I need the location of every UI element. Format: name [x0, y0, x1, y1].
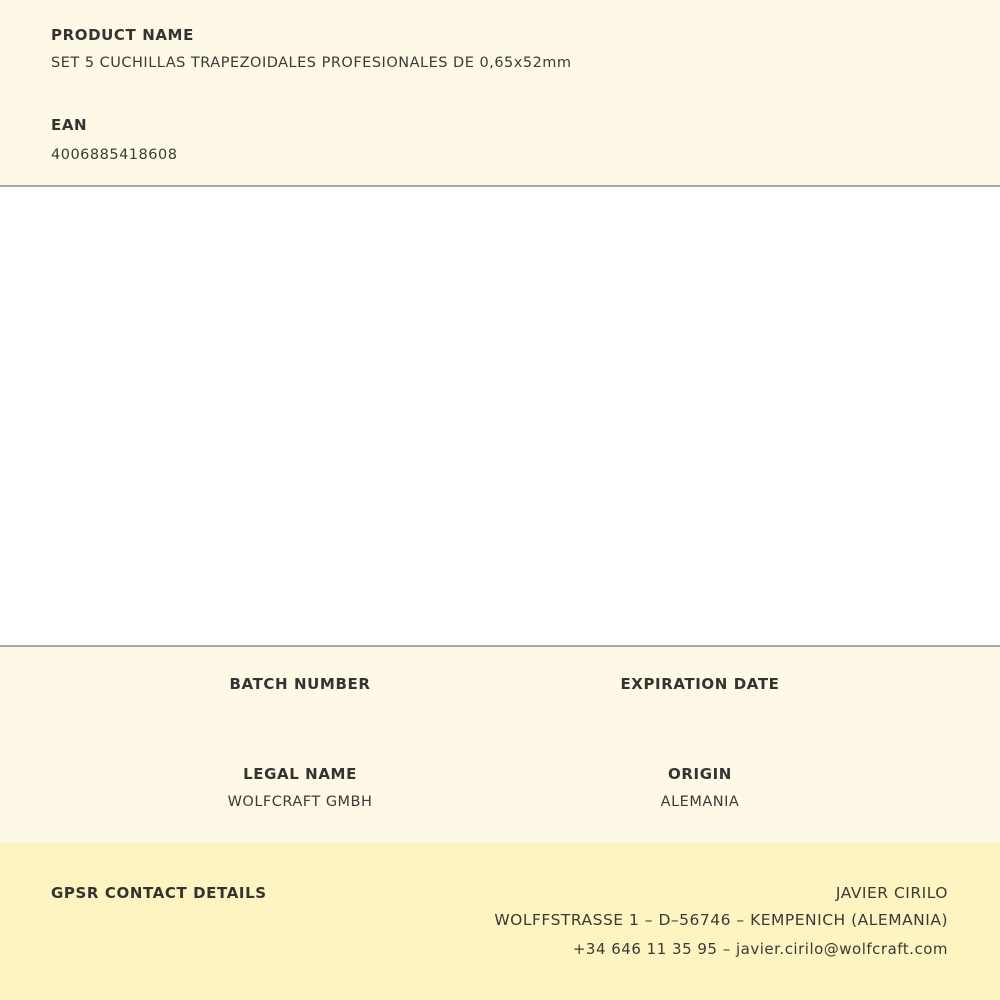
ean-label: EAN: [51, 116, 87, 134]
expiration-date-field: EXPIRATION DATE: [550, 675, 850, 703]
contact-phone-email: +34 646 11 35 95 – javier.cirilo@wolfcra…: [573, 940, 948, 958]
product-name-label: PRODUCT NAME: [51, 26, 194, 44]
product-name-value: SET 5 CUCHILLAS TRAPEZOIDALES PROFESIONA…: [51, 55, 572, 71]
blank-area: [0, 187, 1000, 645]
gpsr-contact-label: GPSR CONTACT DETAILS: [51, 884, 267, 902]
origin-label: ORIGIN: [550, 765, 850, 783]
legal-name-value: WOLFCRAFT GMBH: [150, 794, 450, 810]
legal-name-field: LEGAL NAME WOLFCRAFT GMBH: [150, 765, 450, 810]
expiration-date-label: EXPIRATION DATE: [550, 675, 850, 693]
contact-name: JAVIER CIRILO: [836, 884, 948, 902]
origin-value: ALEMANIA: [550, 794, 850, 810]
batch-number-field: BATCH NUMBER: [150, 675, 450, 703]
origin-field: ORIGIN ALEMANIA: [550, 765, 850, 810]
gpsr-contact-section: GPSR CONTACT DETAILS JAVIER CIRILO WOLFF…: [0, 843, 1000, 1000]
ean-value: 4006885418608: [51, 147, 177, 163]
product-section: PRODUCT NAME SET 5 CUCHILLAS TRAPEZOIDAL…: [0, 0, 1000, 187]
batch-number-label: BATCH NUMBER: [150, 675, 450, 693]
legal-name-label: LEGAL NAME: [150, 765, 450, 783]
details-section: BATCH NUMBER EXPIRATION DATE LEGAL NAME …: [0, 645, 1000, 845]
contact-address: WOLFFSTRASSE 1 – D–56746 – KEMPENICH (AL…: [494, 911, 948, 929]
